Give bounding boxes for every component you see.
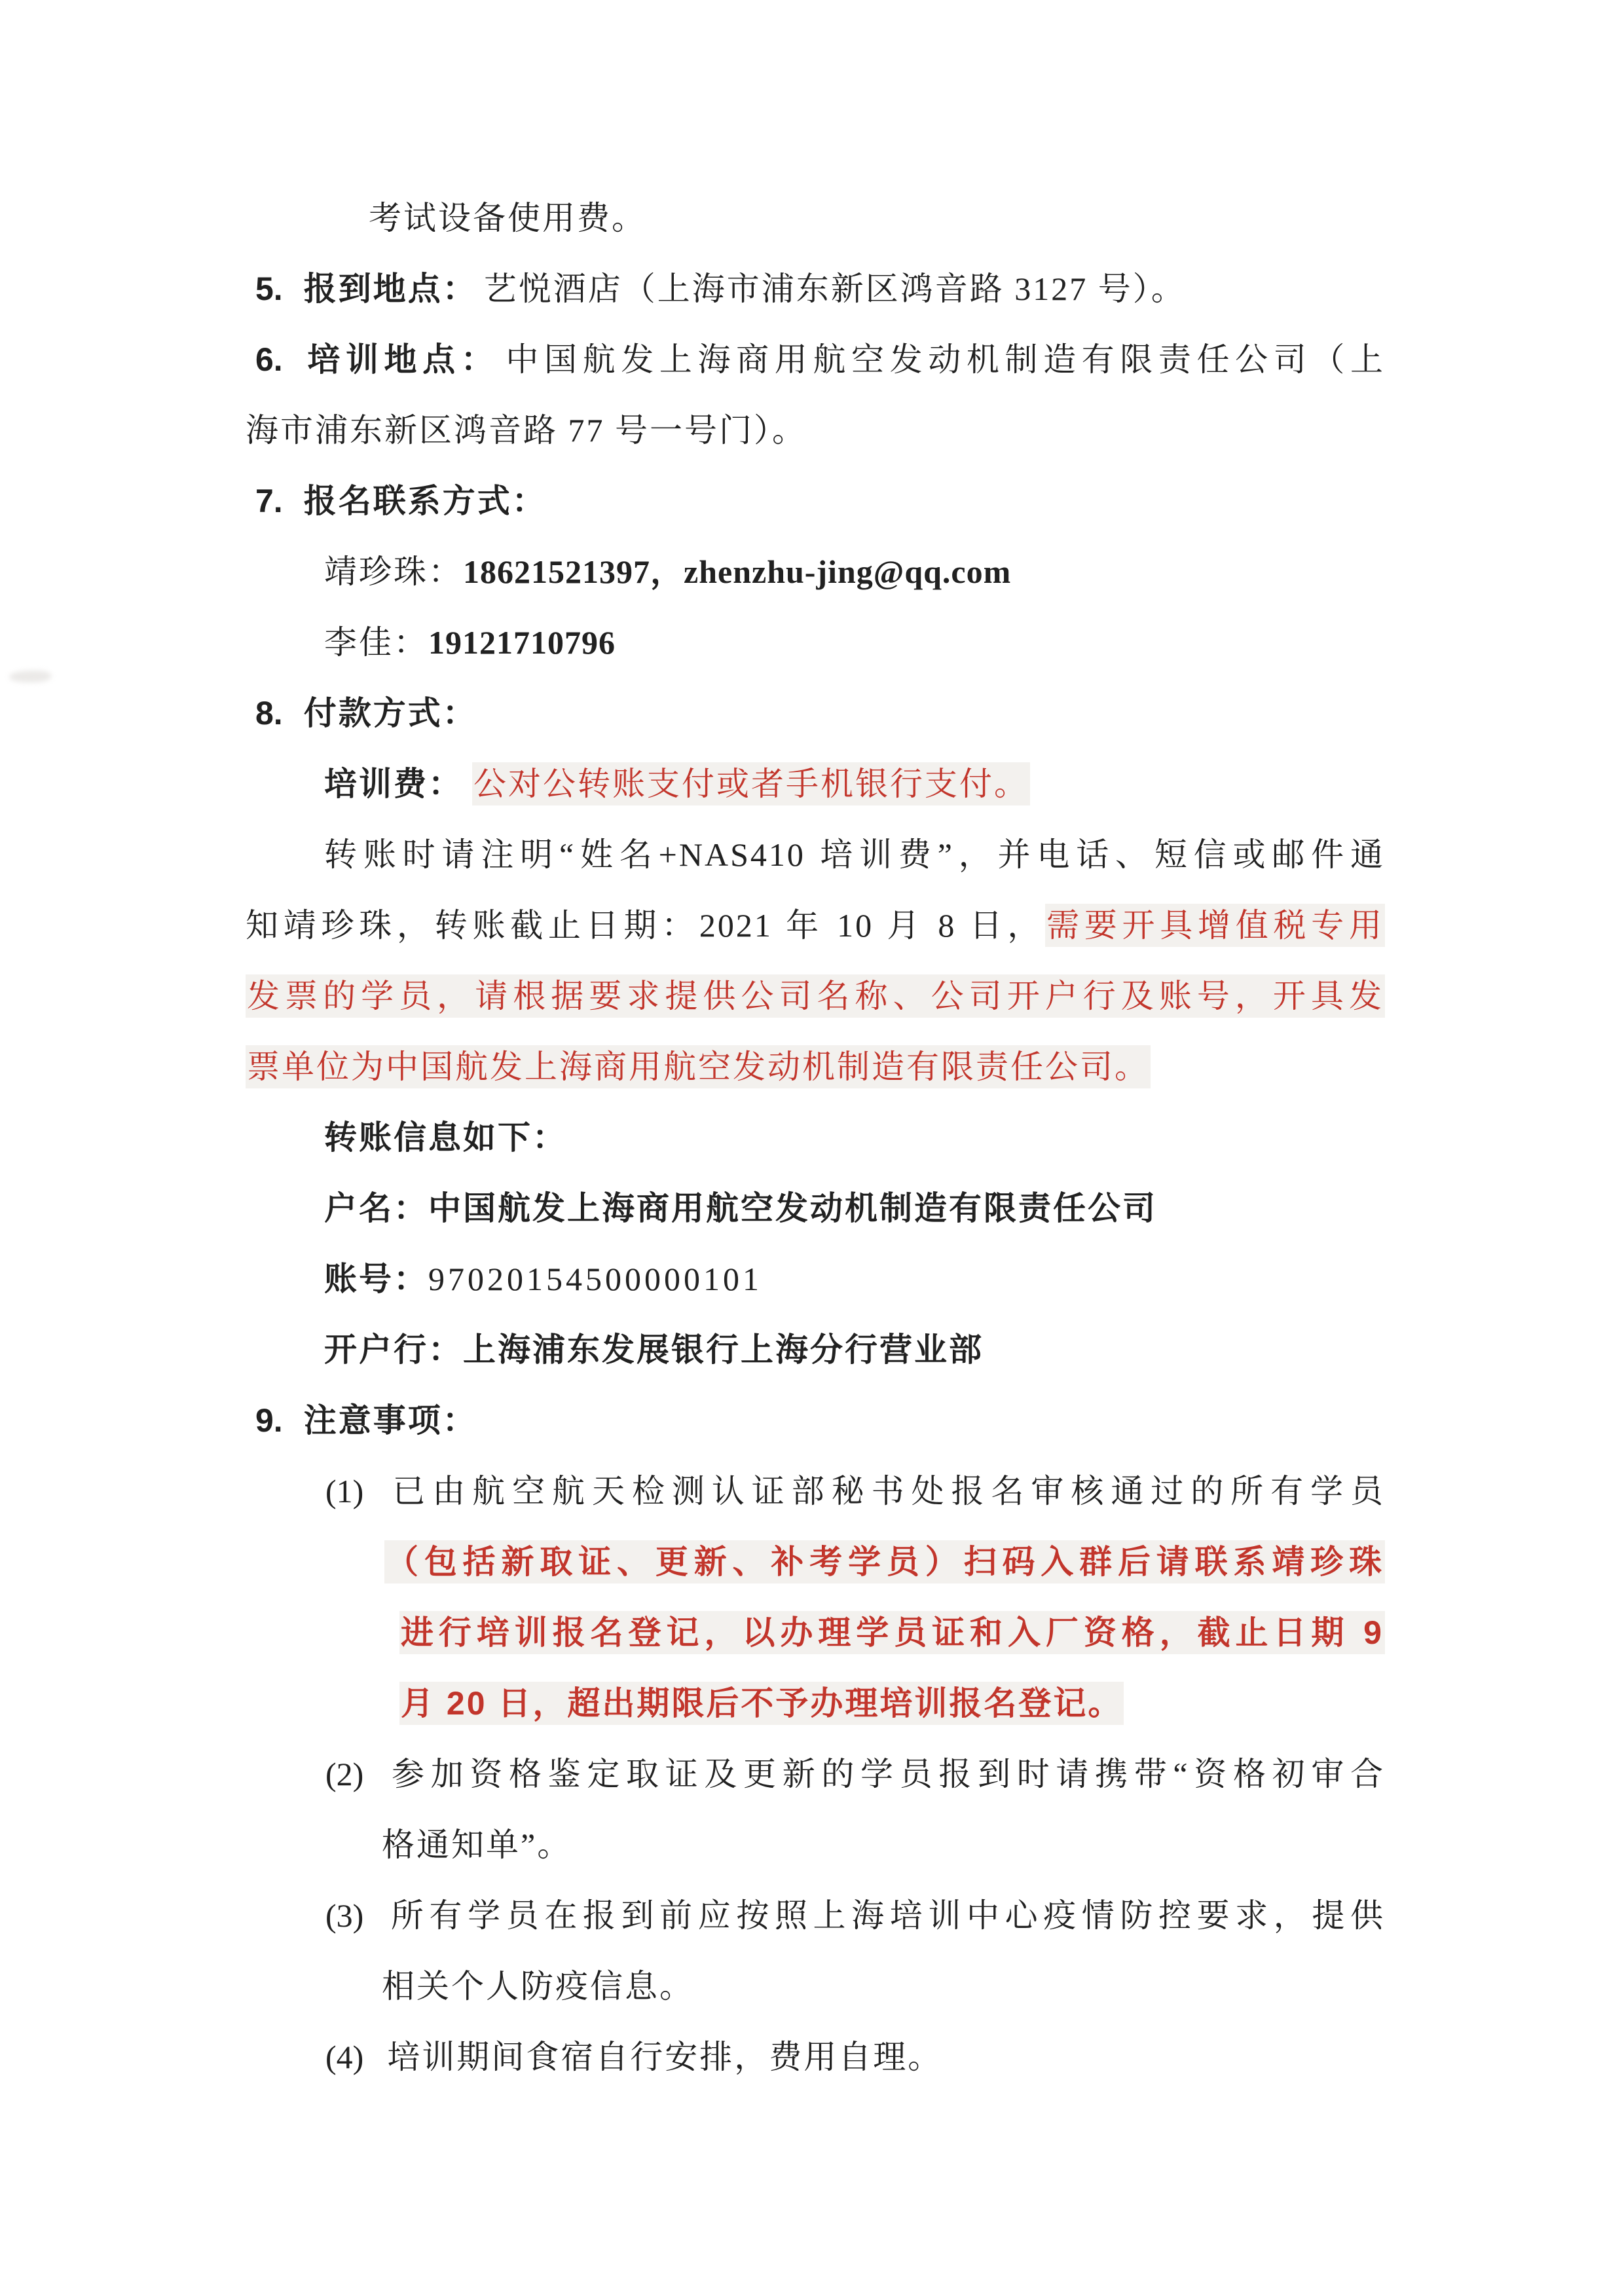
item7-number: 7. (255, 483, 283, 519)
transfer-note-text2-black: 知靖珍珠，转账截止日期：2021 年 10 月 8 日， (246, 907, 1045, 944)
bank-label: 开户行： (324, 1331, 463, 1368)
item6-label: 培训地点： (304, 341, 500, 378)
note1-red-line1: （包括新取证、更新、补考学员）扫码入群后请联系靖珍珠 (246, 1527, 1385, 1597)
transfer-note-line4: 票单位为中国航发上海商用航空发动机制造有限责任公司。 (246, 1031, 1385, 1102)
note4-line1: (4)培训期间食宿自行安排，费用自理。 (246, 2022, 1385, 2092)
note1-red-line2: 进行培训报名登记，以办理学员证和入厂资格，截止日期 9 (246, 1597, 1385, 1668)
fee-line: 培训费：公对公转账支付或者手机银行支付。 (246, 749, 1385, 819)
contact1-name: 靖珍珠： (324, 553, 463, 590)
note2-text1: 参加资格鉴定取证及更新的学员报到时请携带“资格初审合 (387, 1756, 1385, 1792)
contact1-phone-email: 18621521397，zhenzhu-jing@qq.com (463, 553, 1011, 590)
note1-line1: (1)已由航空航天检测认证部秘书处报名审核通过的所有学员 (246, 1456, 1385, 1527)
contact2-name: 李佳： (324, 624, 428, 661)
transfer-note-text1: 转账时请注明“姓名+NAS410 培训费”，并电话、短信或邮件通 (324, 836, 1385, 873)
item6-number: 6. (255, 341, 283, 378)
note3-line2: 相关个人防疫信息。 (246, 1951, 1385, 2022)
item4-tail-text: 考试设备使用费。 (369, 200, 646, 236)
note3-text2: 相关个人防疫信息。 (382, 1968, 694, 2005)
item6-text-line1: 中国航发上海商用航空发动机制造有限责任公司（上 (506, 341, 1385, 378)
note1-red-text2: 进行培训报名登记，以办理学员证和入厂资格，截止日期 9 (399, 1611, 1385, 1654)
note3-line1: (3)所有学员在报到前应按照上海培训中心疫情防控要求，提供 (246, 1880, 1385, 1951)
transfer-note-text2-red: 需要开具增值税专用 (1045, 904, 1385, 947)
item5-label: 报到地点： (304, 270, 477, 307)
transfer-note-line3: 发票的学员，请根据要求提供公司名称、公司开户行及账号，开具发 (246, 961, 1385, 1031)
note2-marker: (2) (325, 1756, 363, 1792)
note1-red-text1: （包括新取证、更新、补考学员）扫码入群后请联系靖珍珠 (384, 1540, 1385, 1583)
note2-text2: 格通知单”。 (382, 1826, 572, 1863)
transfer-heading-line: 转账信息如下： (246, 1102, 1385, 1173)
item5-number: 5. (255, 270, 283, 307)
document-page: 考试设备使用费。 5.报到地点：艺悦酒店（上海市浦东新区鸿音路 3127 号）。… (0, 0, 1624, 2296)
note3-marker: (3) (325, 1897, 363, 1934)
document-body: 考试设备使用费。 5.报到地点：艺悦酒店（上海市浦东新区鸿音路 3127 号）。… (246, 183, 1385, 2092)
item6-line2: 海市浦东新区鸿音路 77 号一号门）。 (246, 395, 1385, 466)
transfer-note-line2: 知靖珍珠，转账截止日期：2021 年 10 月 8 日，需要开具增值税专用 (246, 890, 1385, 961)
item6-line1: 6.培训地点：中国航发上海商用航空发动机制造有限责任公司（上 (246, 324, 1385, 395)
account-number-value: 97020154500000101 (428, 1261, 762, 1297)
transfer-note-line1: 转账时请注明“姓名+NAS410 培训费”，并电话、短信或邮件通 (246, 819, 1385, 890)
item9-label: 注意事项： (304, 1402, 477, 1439)
account-name-line: 户名：中国航发上海商用航空发动机制造有限责任公司 (246, 1173, 1385, 1244)
item4-tail-line: 考试设备使用费。 (246, 183, 1385, 253)
account-name-label: 户名： (324, 1190, 428, 1227)
item8-number: 8. (255, 695, 283, 731)
item5-text: 艺悦酒店（上海市浦东新区鸿音路 3127 号）。 (484, 270, 1186, 307)
transfer-note-text4-red: 票单位为中国航发上海商用航空发动机制造有限责任公司。 (246, 1045, 1151, 1088)
note2-line2: 格通知单”。 (246, 1809, 1385, 1880)
item7-label: 报名联系方式： (304, 483, 547, 519)
note4-marker: (4) (325, 2039, 363, 2075)
note2-line1: (2)参加资格鉴定取证及更新的学员报到时请携带“资格初审合 (246, 1739, 1385, 1809)
note1-red-text3: 月 20 日，超出期限后不予办理培训报名登记。 (399, 1682, 1124, 1725)
note3-text1: 所有学员在报到前应按照上海培训中心疫情防控要求，提供 (387, 1897, 1385, 1934)
bank-line: 开户行：上海浦东发展银行上海分行营业部 (246, 1314, 1385, 1385)
contact1-line: 靖珍珠：18621521397，zhenzhu-jing@qq.com (246, 536, 1385, 607)
note1-red-line3: 月 20 日，超出期限后不予办理培训报名登记。 (246, 1668, 1385, 1739)
item7-line: 7.报名联系方式： (246, 466, 1385, 536)
fee-label: 培训费： (324, 766, 463, 802)
account-name-value: 中国航发上海商用航空发动机制造有限责任公司 (428, 1190, 1157, 1227)
item5-line: 5.报到地点：艺悦酒店（上海市浦东新区鸿音路 3127 号）。 (246, 253, 1385, 324)
item6-text-line2: 海市浦东新区鸿音路 77 号一号门）。 (246, 412, 807, 449)
contact2-line: 李佳：19121710796 (246, 607, 1385, 678)
account-number-label: 账号： (324, 1261, 428, 1297)
item8-label: 付款方式： (304, 695, 477, 731)
item9-line: 9.注意事项： (246, 1385, 1385, 1456)
item8-line: 8.付款方式： (246, 678, 1385, 749)
transfer-note-text3-red: 发票的学员，请根据要求提供公司名称、公司开户行及账号，开具发 (246, 974, 1385, 1018)
scan-smudge (9, 671, 51, 682)
item9-number: 9. (255, 1402, 283, 1439)
note4-text1: 培训期间食宿自行安排，费用自理。 (387, 2039, 942, 2075)
fee-red-text: 公对公转账支付或者手机银行支付。 (472, 762, 1030, 805)
note1-text1: 已由航空航天检测认证部秘书处报名审核通过的所有学员 (387, 1473, 1385, 1509)
account-number-line: 账号：97020154500000101 (246, 1244, 1385, 1314)
note1-marker: (1) (325, 1473, 363, 1509)
contact2-phone: 19121710796 (428, 624, 616, 661)
bank-value: 上海浦东发展银行上海分行营业部 (463, 1331, 984, 1368)
transfer-heading: 转账信息如下： (324, 1119, 567, 1156)
